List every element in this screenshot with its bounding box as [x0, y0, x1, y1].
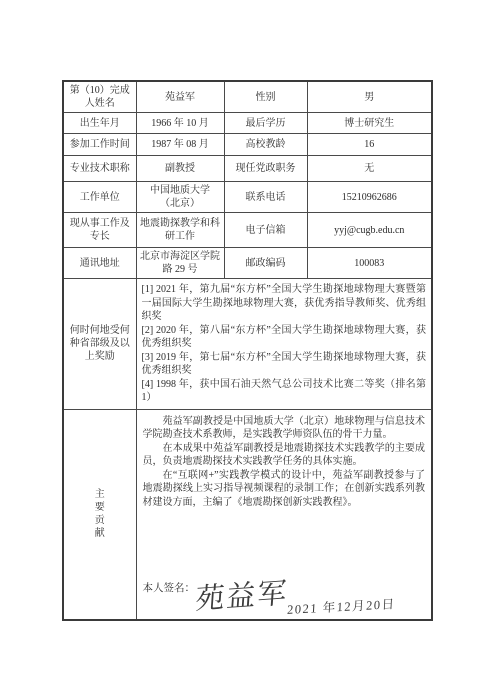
- current-work-value: 地震勘探教学和科 研工作: [136, 213, 224, 248]
- postcode-value: 100083: [307, 248, 432, 279]
- table-row: 第（10）完成 人姓名 苑益军 性别 男: [63, 81, 432, 113]
- signature-date: 2021 年12月20日: [286, 598, 395, 617]
- professional-title-label: 专业技术职称: [63, 156, 136, 182]
- table-row: 通讯地址 北京市海淀区学院 路 29 号 邮政编码 100083: [63, 248, 432, 279]
- table-row: 出生年月 1966 年 10 月 最后学历 博士研究生: [63, 113, 432, 134]
- awards-label: 何时何地受何 种省部级及以 上奖励: [63, 279, 136, 410]
- teaching-years-value: 16: [307, 134, 432, 156]
- table-row: 专业技术职称 副教授 现任党政职务 无: [63, 156, 432, 182]
- table-row: 现从事工作及 专长 地震勘探教学和科 研工作 电子信箱 yyj@cugb.edu…: [63, 213, 432, 248]
- contributions-text: 苑益军副教授是中国地质大学（北京）地球物理与信息技术学院勘查技术系教师，是实践教…: [137, 410, 432, 510]
- party-post-label: 现任党政职务: [224, 156, 307, 182]
- personal-info-table: 第（10）完成 人姓名 苑益军 性别 男 出生年月 1966 年 10 月 最后…: [62, 80, 433, 621]
- work-start-label: 参加工作时间: [63, 134, 136, 156]
- postcode-label: 邮政编码: [224, 248, 307, 279]
- contributions-label: 主 要 贡 献: [63, 409, 136, 620]
- employer-label: 工作单位: [63, 182, 136, 213]
- professional-title-value: 副教授: [136, 156, 224, 182]
- phone-value: 15210962686: [307, 182, 432, 213]
- gender-label: 性别: [224, 81, 307, 113]
- teaching-years-label: 高校教龄: [224, 134, 307, 156]
- table-row: 工作单位 中国地质大学 （北京） 联系电话 15210962686: [63, 182, 432, 213]
- signature-handwriting: 苑益军: [195, 587, 289, 607]
- last-education-label: 最后学历: [224, 113, 307, 134]
- birth-date-label: 出生年月: [63, 113, 136, 134]
- table-row: 主 要 贡 献 苑益军副教授是中国地质大学（北京）地球物理与信息技术学院勘查技术…: [63, 409, 432, 620]
- signature-label: 本人签名：: [143, 582, 196, 595]
- table-row: 参加工作时间 1987 年 08 月 高校教龄 16: [63, 134, 432, 156]
- email-value: yyj@cugb.edu.cn: [307, 213, 432, 248]
- party-post-value: 无: [307, 156, 432, 182]
- table-row: 何时何地受何 种省部级及以 上奖励 [1] 2021 年，第九届“东方杯”全国大…: [63, 279, 432, 410]
- phone-label: 联系电话: [224, 182, 307, 213]
- completer-name-label: 第（10）完成 人姓名: [63, 81, 136, 113]
- birth-date-value: 1966 年 10 月: [136, 113, 224, 134]
- completer-name-value: 苑益军: [136, 81, 224, 113]
- address-label: 通讯地址: [63, 248, 136, 279]
- gender-value: 男: [307, 81, 432, 113]
- address-value: 北京市海淀区学院 路 29 号: [136, 248, 224, 279]
- work-start-value: 1987 年 08 月: [136, 134, 224, 156]
- awards-list: [1] 2021 年，第九届“东方杯”全国大学生勘探地球物理大赛暨第一届国际大学…: [136, 279, 432, 410]
- email-label: 电子信箱: [224, 213, 307, 248]
- employer-value: 中国地质大学 （北京）: [136, 182, 224, 213]
- signature-row: 本人签名： 苑益军 2021 年12月20日: [137, 555, 432, 619]
- last-education-value: 博士研究生: [307, 113, 432, 134]
- scanned-form-page: 第（10）完成 人姓名 苑益军 性别 男 出生年月 1966 年 10 月 最后…: [0, 0, 495, 700]
- contributions-cell: 苑益军副教授是中国地质大学（北京）地球物理与信息技术学院勘查技术系教师，是实践教…: [136, 409, 432, 620]
- current-work-label: 现从事工作及 专长: [63, 213, 136, 248]
